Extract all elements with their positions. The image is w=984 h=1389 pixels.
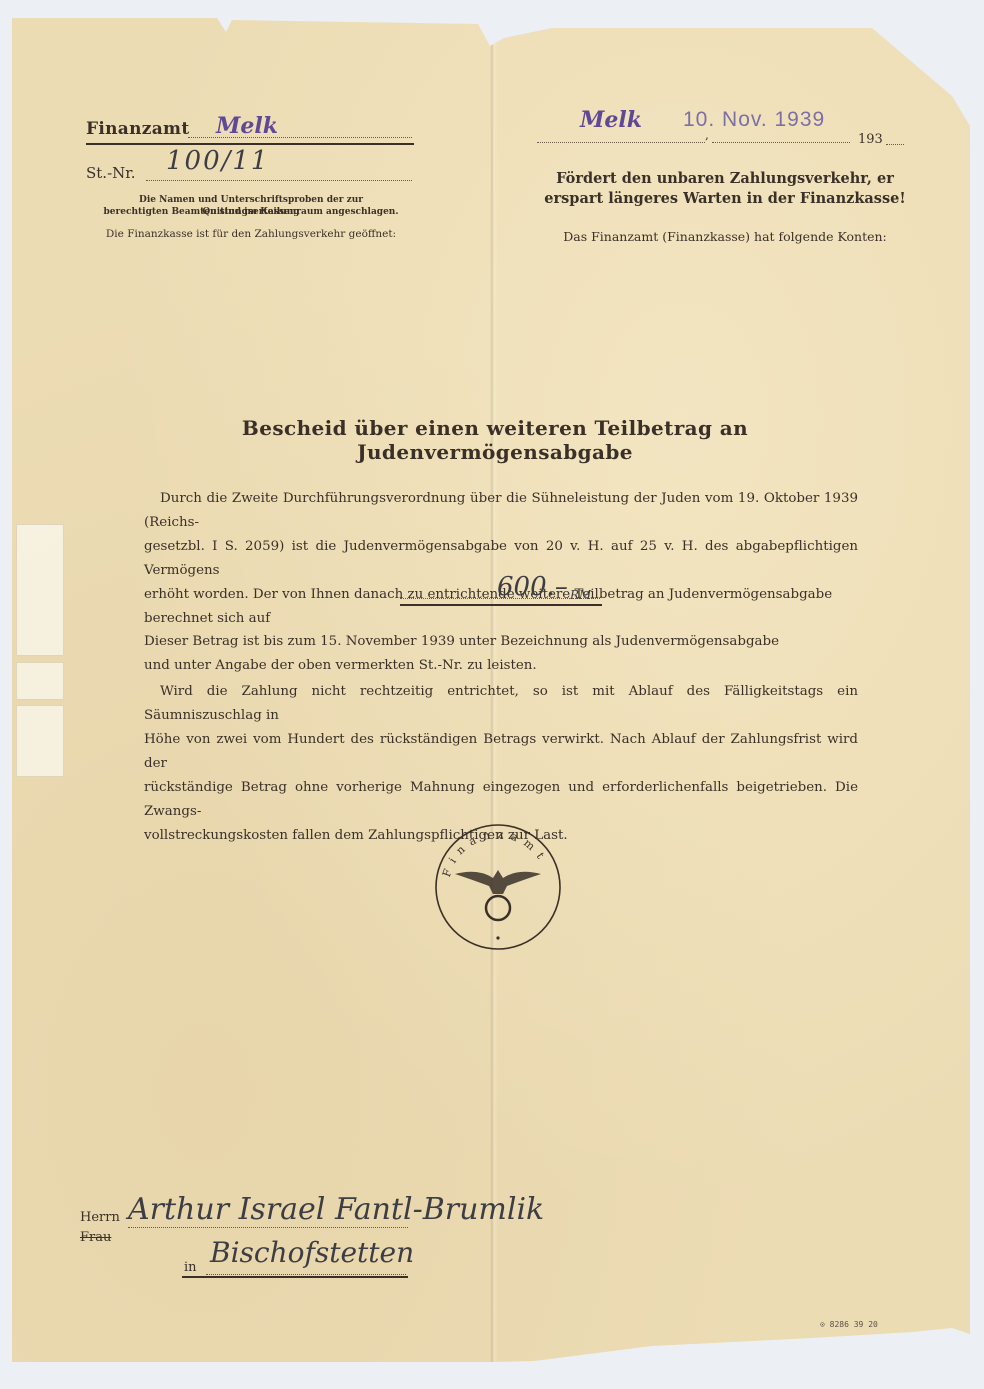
repair-tape: [16, 524, 64, 656]
paragraph-2: Dieser Betrag ist bis zum 15. November 1…: [144, 630, 858, 678]
amount-value: 600.–: [497, 572, 568, 602]
recipient-name: Arthur Israel Fantl-Brumlik: [128, 1192, 544, 1227]
document-title: Bescheid über einen weiteren Teilbetrag …: [150, 416, 840, 464]
comma-separator: ,: [705, 128, 709, 142]
in-label: in: [184, 1260, 197, 1275]
print-code: ⊙ 8286 39 20: [820, 1320, 878, 1329]
header-rule: [86, 143, 414, 145]
text-line: rückständige Betrag ohne vorherige Mahnu…: [144, 776, 858, 824]
tax-number-value: 100/11: [166, 146, 269, 176]
recipient-place: Bischofstetten: [210, 1236, 414, 1269]
year-field: [886, 134, 904, 145]
text-line: Wird die Zahlung nicht rechtzeitig entri…: [144, 680, 858, 728]
office-stamp: Melk: [216, 113, 278, 139]
amount-currency: RM.: [570, 588, 595, 602]
opening-hours-label: Die Finanzkasse ist für den Zahlungsverk…: [96, 228, 406, 240]
date-field: [712, 130, 850, 143]
text-line: und unter Angabe der oben vermerkten St.…: [144, 654, 858, 678]
text-line: Höhe von zwei vom Hundert des rückständi…: [144, 728, 858, 776]
address-rule: [182, 1276, 408, 1278]
slogan-line-2: erspart längeres Warten in der Finanzkas…: [540, 190, 910, 207]
slogan-line-1: Fördert den unbaren Zahlungsverkehr, er: [540, 170, 910, 187]
text-line: berechnet sich auf: [144, 607, 858, 631]
place-field: [537, 130, 705, 143]
salutation-herr: Herrn: [80, 1210, 120, 1225]
svg-text:Finanzamt: Finanzamt: [440, 828, 551, 879]
tax-number-label: St.-Nr.: [86, 164, 136, 182]
accounts-label: Das Finanzamt (Finanzkasse) hat folgende…: [540, 229, 910, 244]
official-seal-icon: Finanzamt: [433, 822, 563, 952]
repair-tape: [16, 705, 64, 777]
text-line: Dieser Betrag ist bis zum 15. November 1…: [144, 630, 858, 654]
amount-rule: [400, 604, 602, 606]
printer-mark-icon: ⊙: [820, 1320, 825, 1329]
year-prefix: 193: [858, 132, 883, 147]
repair-tape: [16, 662, 64, 700]
office-label: Finanzamt: [86, 119, 189, 139]
paragraph-1: Durch die Zweite Durchführungsverordnung…: [144, 487, 858, 631]
text-line: Durch die Zweite Durchführungsverordnung…: [144, 487, 858, 535]
notice-line-2: berechtigten Beamten sind im Kassenraum …: [96, 206, 406, 218]
salutation-frau: Frau: [80, 1230, 111, 1245]
